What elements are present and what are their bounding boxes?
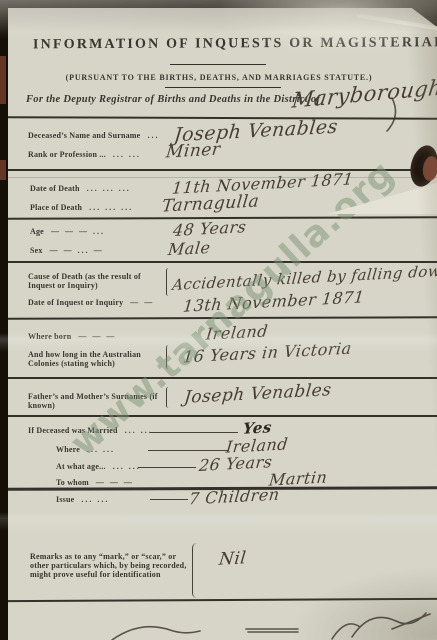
scanned-inquest-form: INFORMATION OF INQUESTS OR MAGISTERIAL I… [0,0,437,640]
signature-flourish [0,0,437,640]
